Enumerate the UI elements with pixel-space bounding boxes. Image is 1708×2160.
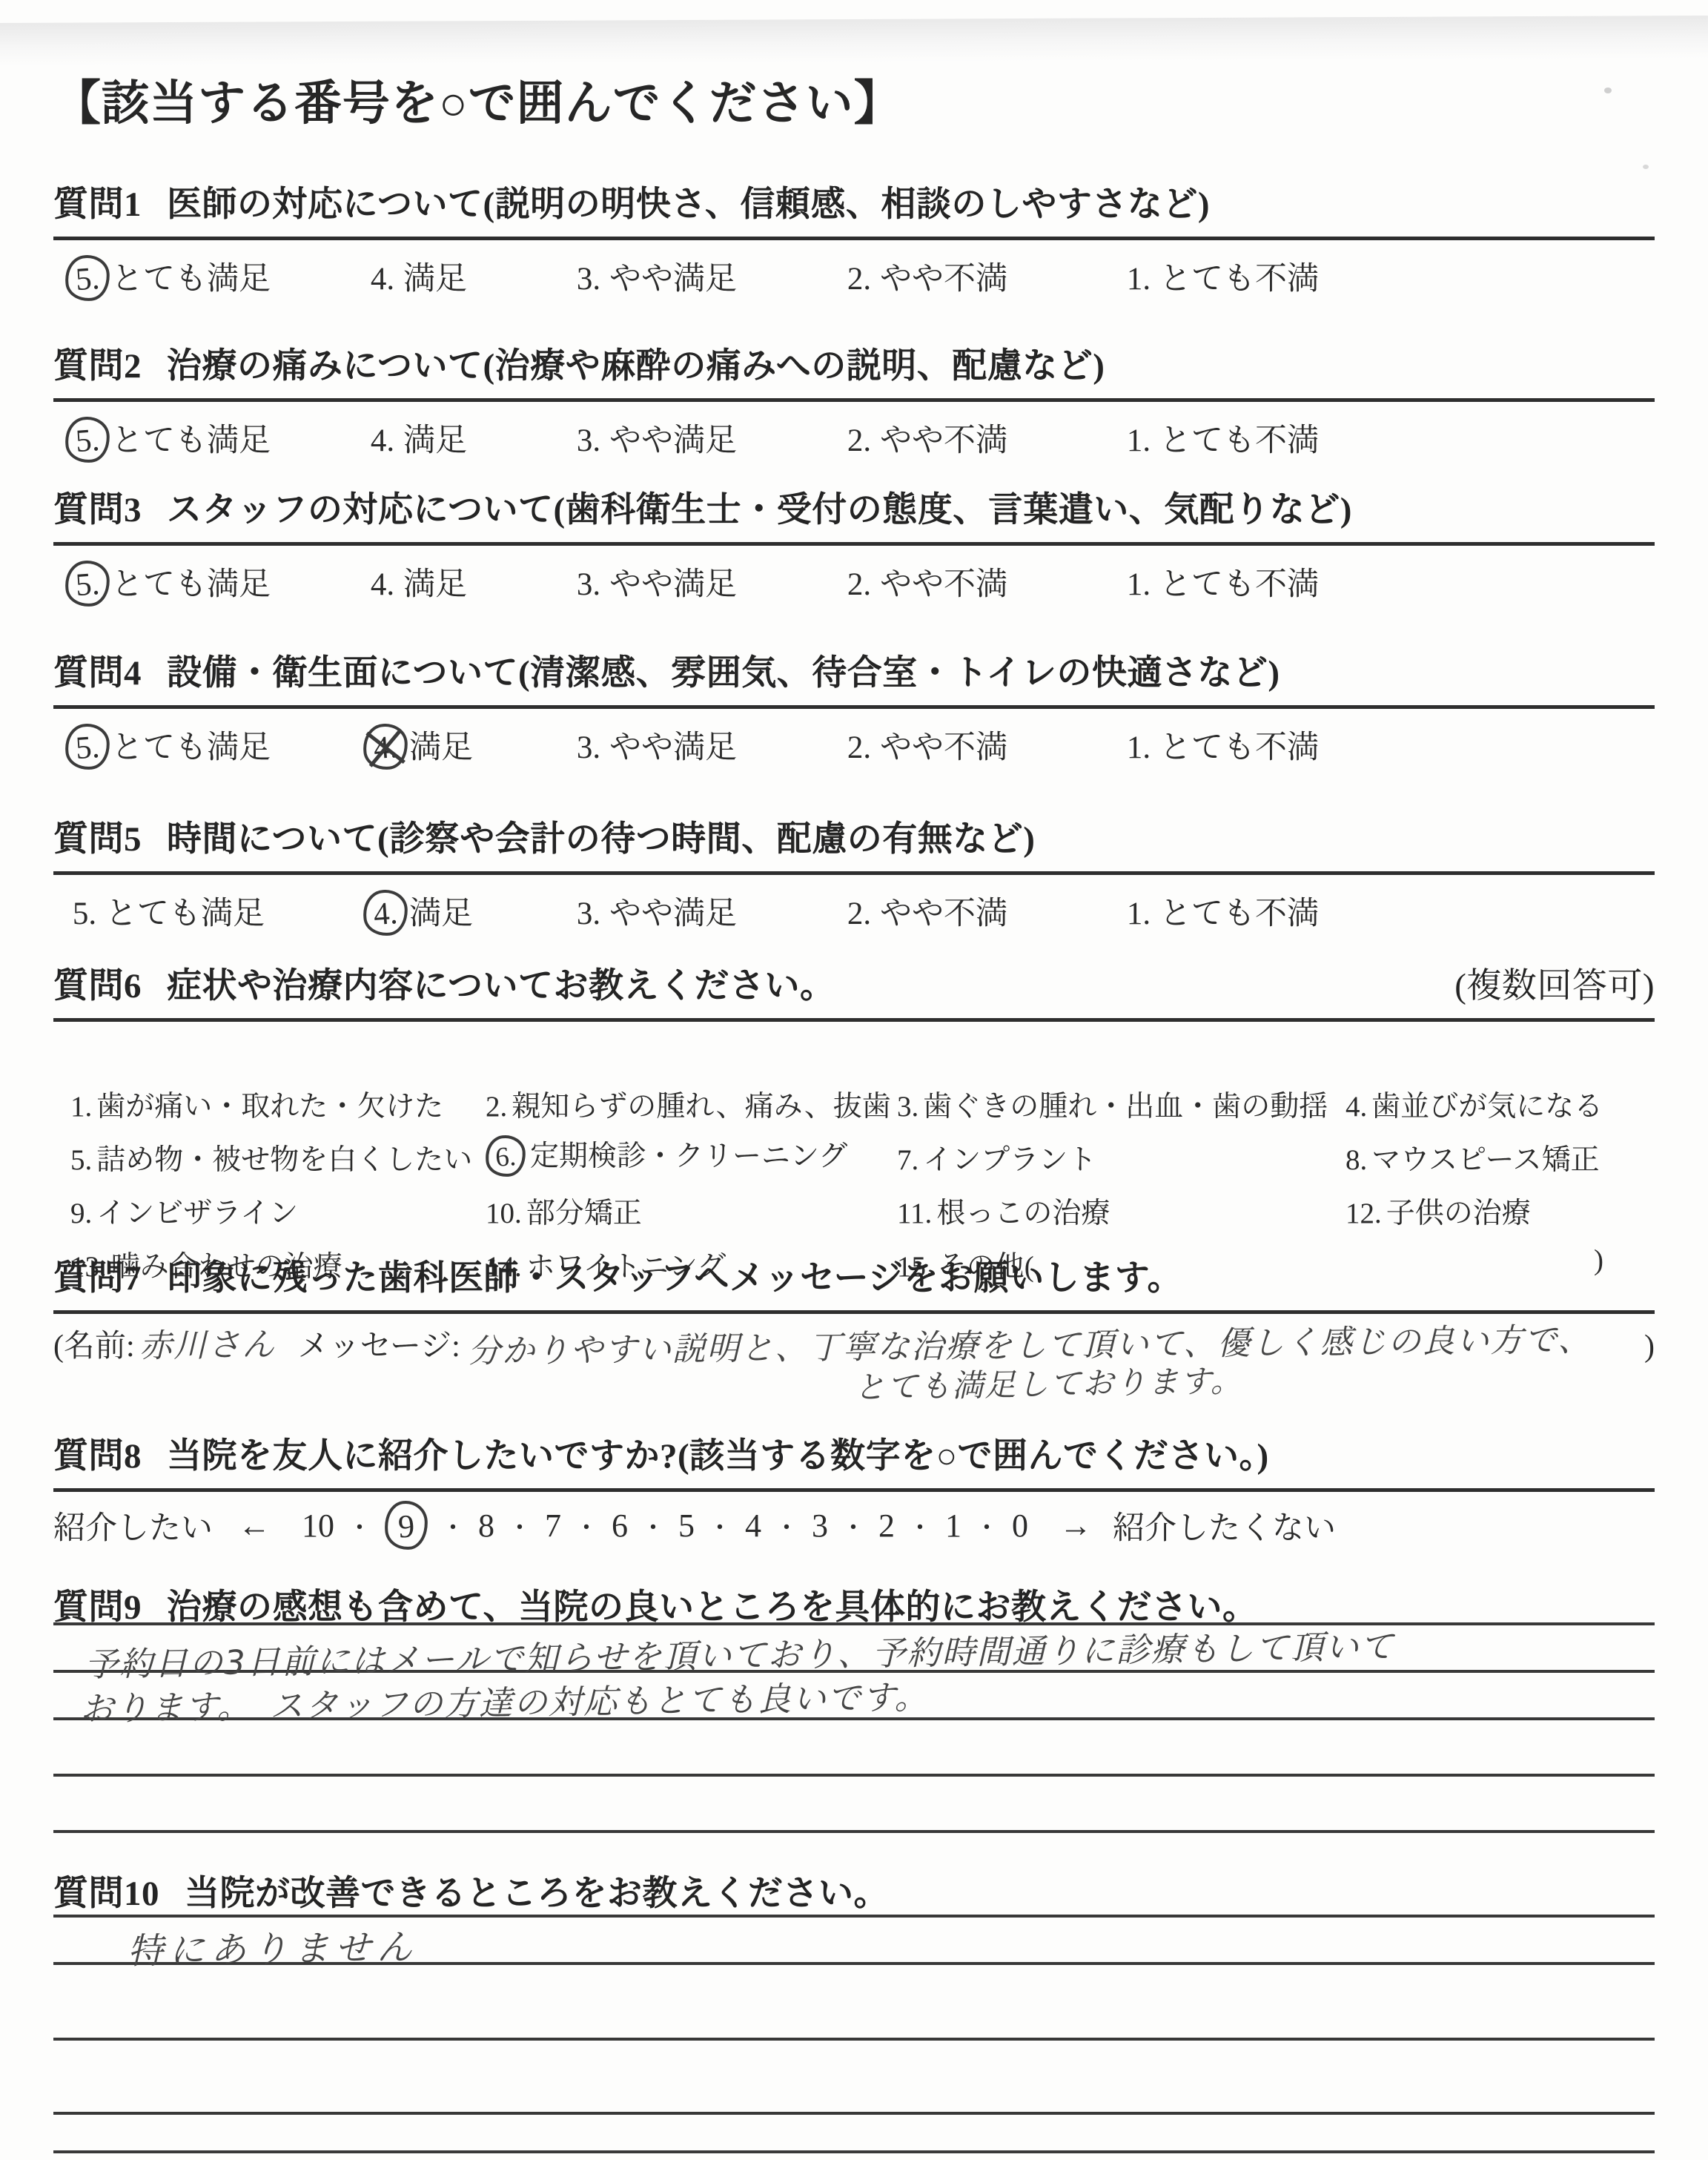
option-2: 2.やや不満 [840, 254, 1007, 299]
divider [53, 871, 1655, 875]
option-5: 5.とても満足 [65, 254, 271, 301]
divider [53, 542, 1655, 546]
close-paren: ) [1644, 1329, 1655, 1364]
question-label: 質問10 [53, 1875, 159, 1913]
option-4: 4.満足 [363, 254, 467, 299]
nps-scale-row: 紹介したい ← 10・ 9・ 8・ 7・ 6・ 5・ 4・ 3・ 2・ 1・ 0… [53, 1501, 1655, 1550]
scale-10: 10 [302, 1507, 334, 1545]
question-1-section: 質問1医師の対応について(説明の明快さ、信頼感、相談のしやすさなど) 5.とても… [53, 176, 1655, 303]
scale-7: 7 [545, 1507, 561, 1545]
question-label: 質問7 [53, 1259, 142, 1298]
circle-mark: 6. [484, 1134, 527, 1178]
item-3: 3.歯ぐきの腫れ・出血・歯の動揺 [897, 1083, 1328, 1125]
option-2: 2.やや不満 [840, 722, 1007, 767]
circle-mark: 5. [64, 559, 111, 608]
scale-2: 2 [878, 1507, 895, 1545]
question-title: 治療の痛みについて(治療や麻酔の痛みへの説明、配慮など) [167, 347, 1105, 386]
left-arrow: ← [238, 1507, 271, 1545]
question-title: 設備・衛生面について(清潔感、雰囲気、待合室・トイレの快適さなど) [167, 654, 1280, 693]
item-7: 7.インプラント [897, 1137, 1096, 1178]
scan-artifact-dot [1643, 165, 1649, 169]
option-2: 2.やや不満 [840, 559, 1007, 604]
question-title: 時間について(診察や会計の待つ時間、配慮の有無など) [167, 820, 1035, 859]
question-label: 質問8 [53, 1437, 142, 1476]
answer-line [53, 1830, 1655, 1833]
option-1: 1.とても不満 [1119, 722, 1319, 767]
option-2: 2.やや不満 [840, 888, 1007, 934]
scale-9-circled: 9 [383, 1500, 428, 1551]
option-4: 4.満足 [363, 415, 467, 460]
multi-answer-note: (複数回答可) [1454, 958, 1655, 1008]
option-3: 3.やや満足 [569, 722, 737, 767]
option-5: 5.とても満足 [65, 888, 265, 934]
item-4: 4.歯並びが気になる [1345, 1083, 1603, 1125]
option-1: 1.とても不満 [1119, 888, 1319, 934]
circle-mark: 5. [64, 254, 111, 303]
option-3: 3.やや満足 [569, 254, 737, 299]
answer-line [53, 2150, 1655, 2153]
rating-options-row: 5.とても満足 4.満足 3.やや満足 2.やや不満 1.とても不満 [53, 718, 1655, 771]
question-6-section: 質問6症状や治療内容についてお教えください。 (複数回答可) 1.歯が痛い・取れ… [53, 958, 1655, 1281]
question-title: スタッフの対応について(歯科衛生士・受付の態度、言葉遣い、気配りなど) [167, 491, 1352, 529]
option-5: 5.とても満足 [65, 559, 271, 607]
message-handwritten-value-line2: とても満足しております。 [854, 1356, 1244, 1407]
item-10: 10.部分矯正 [486, 1190, 642, 1232]
option-3: 3.やや満足 [569, 559, 737, 604]
scale-4: 4 [745, 1507, 761, 1545]
item-2: 2.親知らずの腫れ、痛み、抜歯 [486, 1083, 891, 1125]
option-4: 4.満足 [363, 559, 467, 604]
rating-options-row: 5.とても満足 4.満足 3.やや満足 2.やや不満 1.とても不満 [53, 249, 1655, 303]
item-11: 11.根っこの治療 [897, 1190, 1110, 1232]
question-label: 質問1 [53, 185, 142, 224]
question-label: 質問9 [53, 1588, 142, 1627]
question-title: 当院が改善できるところをお教えください。 [185, 1875, 889, 1913]
scale-8: 8 [478, 1507, 494, 1545]
answer-line [53, 1774, 1655, 1777]
item-12: 12.子供の治療 [1345, 1190, 1531, 1232]
right-arrow: → [1059, 1507, 1092, 1545]
scan-artifact-band [0, 16, 1708, 66]
scale-6: 6 [612, 1507, 628, 1545]
question-10-section: 質問10当院が改善できるところをお教えください。 特にありません [53, 1866, 1655, 2160]
scale-0: 0 [1012, 1507, 1028, 1545]
question-2-section: 質問2治療の痛みについて(治療や麻酔の痛みへの説明、配慮など) 5.とても満足 … [53, 338, 1655, 464]
question-title: 医師の対応について(説明の明快さ、信頼感、相談のしやすさなど) [167, 185, 1210, 224]
option-2: 2.やや不満 [840, 415, 1007, 460]
page-title: 【該当する番号を○で囲んでください】 [53, 65, 902, 133]
circle-mark: 4. [362, 888, 409, 937]
answer-line [53, 1915, 1655, 1918]
survey-scan-page: 【該当する番号を○で囲んでください】 質問1医師の対応について(説明の明快さ、信… [0, 0, 1708, 2160]
option-5: 5.とても満足 [65, 722, 271, 770]
question-label: 質問4 [53, 654, 142, 693]
option-1: 1.とても不満 [1119, 559, 1319, 604]
q10-handwritten-answer: 特にありません [128, 1918, 419, 1973]
crossed-out-circle-mark: 4. [362, 722, 409, 771]
option-1: 1.とても不満 [1119, 415, 1319, 460]
scan-artifact-dot [1604, 87, 1612, 93]
scale-5: 5 [678, 1507, 695, 1545]
symptom-items-grid: 1.歯が痛い・取れた・欠けた 2.親知らずの腫れ、痛み、抜歯 3.歯ぐきの腫れ・… [53, 1022, 1655, 1281]
question-title: 当院を友人に紹介したいですか?(該当する数字を○で囲んでください。) [167, 1437, 1269, 1476]
question-label: 質問5 [53, 820, 142, 859]
name-field-handwritten-value: 赤川さん [139, 1318, 276, 1367]
answer-line [53, 2038, 1655, 2041]
rating-options-row: 5.とても満足 4.満足 3.やや満足 2.やや不満 1.とても不満 [53, 555, 1655, 608]
question-4-section: 質問4設備・衛生面について(清潔感、雰囲気、待合室・トイレの快適さなど) 5.と… [53, 645, 1655, 771]
answer-line [53, 1622, 1655, 1625]
option-4: 4.満足 [363, 888, 473, 936]
option-3: 3.やや満足 [569, 415, 737, 460]
option-1: 1.とても不満 [1119, 254, 1319, 299]
item-1: 1.歯が痛い・取れた・欠けた [70, 1083, 443, 1125]
divider [53, 398, 1655, 402]
item-6: 6.定期検診・クリーニング [486, 1133, 847, 1177]
question-5-section: 質問5時間について(診察や会計の待つ時間、配慮の有無など) 5.とても満足 4.… [53, 811, 1655, 937]
scale-right-label: 紹介したくない [1113, 1503, 1336, 1548]
question-7-section: 質問7印象に残った歯科医師・スタッフへメッセージをお願いします。 (名前: 赤川… [53, 1250, 1655, 1366]
question-label: 質問2 [53, 347, 142, 386]
question-3-section: 質問3スタッフの対応について(歯科衛生士・受付の態度、言葉遣い、気配りなど) 5… [53, 482, 1655, 608]
rating-options-row: 5.とても満足 4.満足 3.やや満足 2.やや不満 1.とても不満 [53, 884, 1655, 937]
scale-1: 1 [945, 1507, 961, 1545]
question-8-section: 質問8当院を友人に紹介したいですか?(該当する数字を○で囲んでください。) 紹介… [53, 1428, 1655, 1550]
item-5: 5.詰め物・被せ物を白くしたい [70, 1137, 472, 1178]
question-title: 症状や治療内容についてお教えください。 [167, 967, 835, 1005]
item-8: 8.マウスピース矯正 [1345, 1137, 1600, 1178]
scale-left-label: 紹介したい [53, 1503, 213, 1548]
divider [53, 237, 1655, 240]
divider [53, 705, 1655, 709]
scale-3: 3 [812, 1507, 828, 1545]
message-field-label: メッセージ: [298, 1321, 460, 1366]
circle-mark: 5. [64, 415, 111, 464]
option-5: 5.とても満足 [65, 415, 271, 463]
option-4: 4.満足 [363, 722, 473, 770]
divider [53, 1488, 1655, 1492]
question-label: 質問3 [53, 491, 142, 529]
question-title: 印象に残った歯科医師・スタッフへメッセージをお願いします。 [167, 1259, 1182, 1298]
answer-line [53, 2112, 1655, 2115]
question-label: 質問6 [53, 967, 142, 1005]
divider [53, 1310, 1655, 1314]
question-title: 治療の感想も含めて、当院の良いところを具体的にお教えください。 [167, 1588, 1258, 1627]
option-3: 3.やや満足 [569, 888, 737, 934]
rating-options-row: 5.とても満足 4.満足 3.やや満足 2.やや不満 1.とても不満 [53, 411, 1655, 464]
circle-mark: 5. [64, 722, 111, 771]
item-9: 9.インビザライン [70, 1190, 298, 1232]
question-9-section: 質問9治療の感想も含めて、当院の良いところを具体的にお教えください。 予約日の3… [53, 1579, 1655, 1846]
name-field-label: (名前: [53, 1321, 135, 1366]
